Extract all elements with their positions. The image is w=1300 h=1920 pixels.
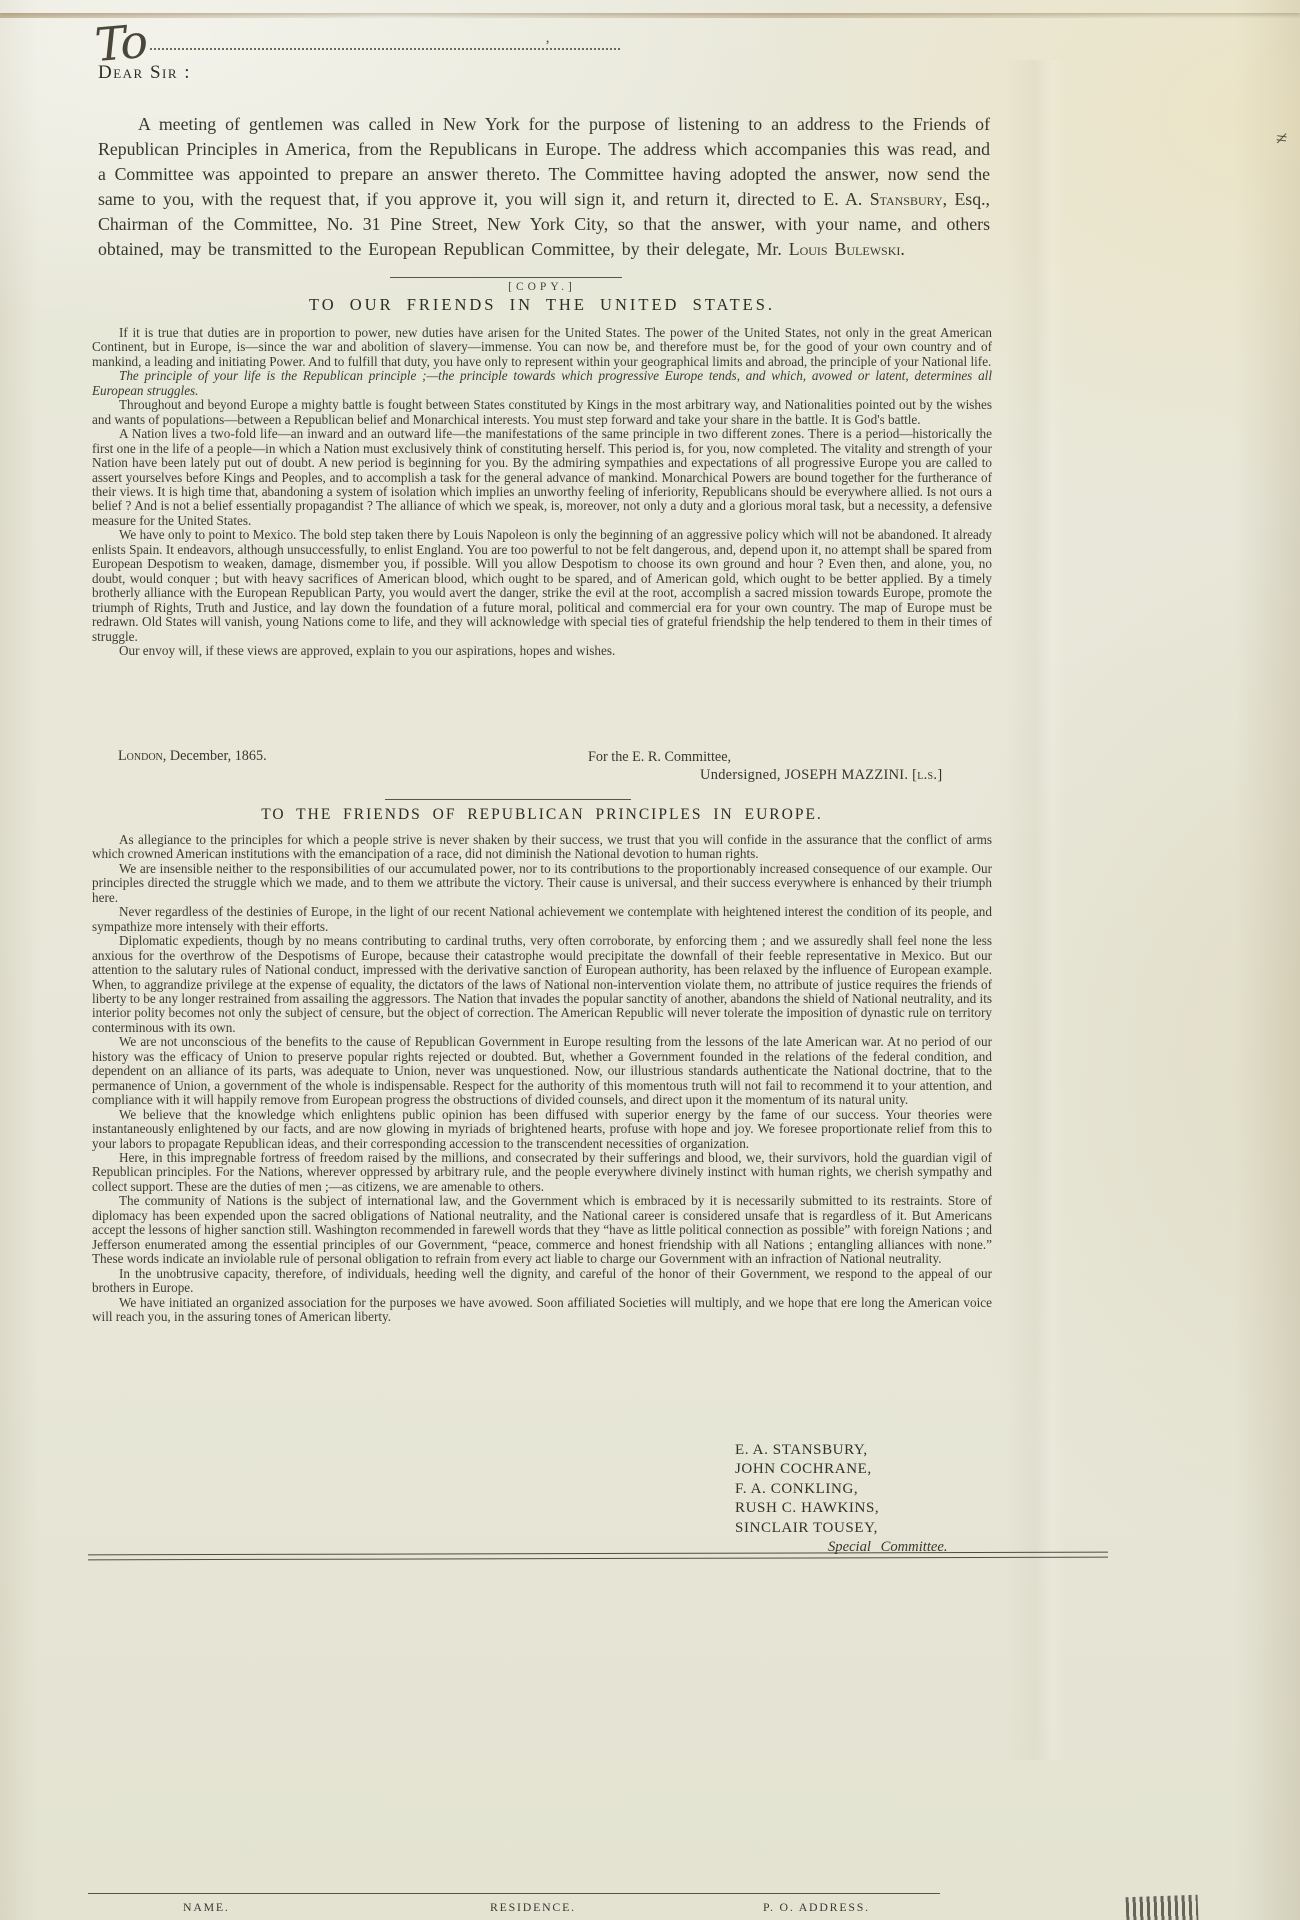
text-segment: Stansbury <box>870 189 943 209</box>
section-divider-rule-2 <box>385 799 631 800</box>
signatory-name: F. A. CONKLING, <box>735 1480 879 1499</box>
double-rule <box>88 1552 1108 1561</box>
text-segment: JOSEPH MAZZINI. <box>785 767 909 783</box>
europe-paragraph: In the unobtrusive capacity, therefore, … <box>92 1267 992 1296</box>
footer-po-address-header: P. O. ADDRESS. <box>763 1900 870 1915</box>
europe-paragraph: We are insensible neither to the respons… <box>92 862 992 905</box>
europe-paragraph: We believe that the knowledge which enli… <box>92 1108 992 1151</box>
dateline-date: December, 1865. <box>166 748 266 764</box>
us-paragraph: A Nation lives a two-fold life—an inward… <box>92 427 992 528</box>
europe-paragraph: Here, in this impregnable fortress of fr… <box>92 1151 992 1194</box>
copy-label: [COPY.] <box>92 281 992 293</box>
greeting-dear-sir: Dear Sir : <box>98 62 191 84</box>
committee-attribution: For the E. R. Committee, <box>588 749 731 766</box>
us-paragraph: If it is true that duties are in proport… <box>92 326 992 369</box>
europe-paragraph: We are not unconscious of the benefits t… <box>92 1035 992 1107</box>
europe-paragraph: Diplomatic expedients, though by no mean… <box>92 934 992 1035</box>
europe-paragraph: The community of Nations is the subject … <box>92 1194 992 1266</box>
section-divider-rule <box>390 277 622 278</box>
signatory-name: JOHN COCHRANE, <box>735 1460 879 1479</box>
dateline-place: London, <box>118 748 166 764</box>
text-segment: A meeting of gentlemen was called in New… <box>98 114 990 209</box>
europe-section-body: As allegiance to the principles for whic… <box>92 833 992 1324</box>
paper-fold-shading <box>1005 60 1065 1760</box>
signatory-name: RUSH C. HAWKINS, <box>735 1499 879 1518</box>
footer-rule <box>88 1893 940 1894</box>
double-rule-line-1 <box>88 1552 1108 1556</box>
double-rule-line-2 <box>88 1557 1108 1561</box>
us-paragraph: We have only to point to Mexico. The bol… <box>92 528 992 644</box>
us-paragraph: Throughout and beyond Europe a mighty ba… <box>92 398 992 427</box>
europe-paragraph: Never regardless of the destinies of Eur… <box>92 905 992 934</box>
text-segment: . <box>900 239 904 259</box>
us-paragraph: Our envoy will, if these views are appro… <box>92 644 992 658</box>
torn-paper-top-edge-shadow <box>0 13 1300 18</box>
text-segment: [l.s.] <box>908 767 942 783</box>
us-section-heading: TO OUR FRIENDS IN THE UNITED STATES. <box>92 295 992 315</box>
footer-name-header: NAME. <box>183 1900 230 1915</box>
europe-paragraph: We have initiated an organized associati… <box>92 1296 992 1325</box>
us-section-body: If it is true that duties are in proport… <box>92 326 992 658</box>
scanned-document-page: To ’ Dear Sir : A meeting of gentlemen w… <box>0 0 1300 1920</box>
text-segment: Louis Bulewski <box>789 239 901 259</box>
signatory-name: E. A. STANSBURY, <box>735 1441 879 1460</box>
footer-residence-header: RESIDENCE. <box>490 1900 576 1915</box>
mazzini-signature-line: Undersigned, JOSEPH MAZZINI. [l.s.] <box>700 767 942 784</box>
europe-paragraph: As allegiance to the principles for whic… <box>92 833 992 862</box>
stray-ink-mark: ’ <box>545 38 550 55</box>
dateline: London, December, 1865. <box>118 748 267 765</box>
bottom-right-scan-artifact <box>1126 1895 1199 1920</box>
signature-names: E. A. STANSBURY,JOHN COCHRANE,F. A. CONK… <box>735 1441 879 1538</box>
text-segment: Undersigned, <box>700 767 785 783</box>
europe-section-heading: TO THE FRIENDS OF REPUBLICAN PRINCIPLES … <box>92 806 992 824</box>
right-edge-ink-mark: ≠ <box>1274 127 1288 151</box>
intro-paragraph: A meeting of gentlemen was called in New… <box>98 112 990 262</box>
us-paragraph: The principle of your life is the Republ… <box>92 369 992 398</box>
torn-paper-top-edge <box>0 0 1300 13</box>
signatory-name: SINCLAIR TOUSEY, <box>735 1519 879 1538</box>
